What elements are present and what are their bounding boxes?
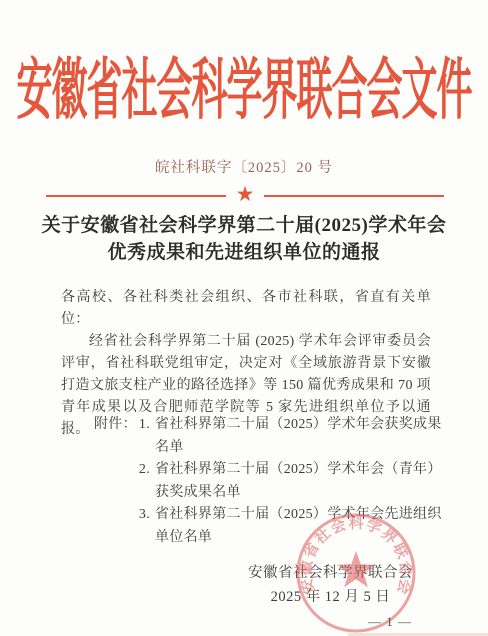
attachment-number: 1.	[139, 414, 150, 437]
document-title-line-2: 优秀成果和先进组织单位的通报	[0, 239, 488, 266]
salutation-line: 各高校、各社科类社会组织、各市社科联，省直有关单位：	[61, 287, 431, 331]
letterhead-title: 安徽省社会科学界联合会文件	[0, 57, 488, 124]
red-divider: ★	[46, 185, 444, 206]
attachments-label: 附件：	[94, 414, 137, 437]
star-icon: ★	[236, 184, 255, 205]
attachment-text-line: 省社科界第二十届（2025）学术年会（青年）	[155, 459, 442, 482]
document-title: 关于安徽省社会科学界第二十届(2025)学术年会 优秀成果和先进组织单位的通报	[0, 212, 488, 266]
document-title-line-1: 关于安徽省社会科学界第二十届(2025)学术年会	[0, 212, 488, 239]
attachment-number: 3.	[139, 504, 150, 527]
attachment-item: 2. 省社科界第二十届（2025）学术年会（青年） 获奖成果名单	[139, 459, 442, 504]
page-number: — 1 —	[368, 614, 412, 630]
issuing-organization: 安徽省社会科学界联合会	[238, 561, 423, 585]
attachment-item: 1. 省社科界第二十届（2025）学术年会获奖成果 名单	[139, 414, 442, 459]
attachment-text-line: 名单	[155, 437, 442, 460]
attachment-text: 省社科界第二十届（2025）学术年会先进组织 单位名单	[155, 504, 442, 549]
attachment-text: 省社科界第二十届（2025）学术年会（青年） 获奖成果名单	[155, 459, 442, 504]
signature-block: 安徽省社会科学界联合会 2025 年 12 月 5 日	[238, 561, 423, 609]
attachment-text-line: 省社科界第二十届（2025）学术年会先进组织	[155, 504, 442, 527]
attachment-text: 省社科界第二十届（2025）学术年会获奖成果 名单	[155, 414, 442, 459]
attachment-text-line: 省社科界第二十届（2025）学术年会获奖成果	[155, 414, 442, 437]
divider-line-right	[264, 195, 444, 197]
attachment-number: 2.	[139, 459, 150, 482]
attachment-item: 3. 省社科界第二十届（2025）学术年会先进组织 单位名单	[139, 504, 442, 549]
divider-line-left	[46, 195, 226, 197]
issue-date: 2025 年 12 月 5 日	[238, 585, 423, 609]
attachment-text-line: 获奖成果名单	[155, 482, 442, 505]
attachments-list: 1. 省社科界第二十届（2025）学术年会获奖成果 名单 2. 省社科界第二十届…	[139, 414, 442, 549]
attachments-section: 附件： 1. 省社科界第二十届（2025）学术年会获奖成果 名单 2. 省社科界…	[94, 414, 442, 549]
attachment-text-line: 单位名单	[155, 527, 442, 550]
document-page: 安徽省社会科学界联合会文件 皖社科联字〔2025〕20 号 ★ 关于安徽省社会科…	[0, 0, 488, 636]
document-reference-number: 皖社科联字〔2025〕20 号	[0, 156, 488, 177]
